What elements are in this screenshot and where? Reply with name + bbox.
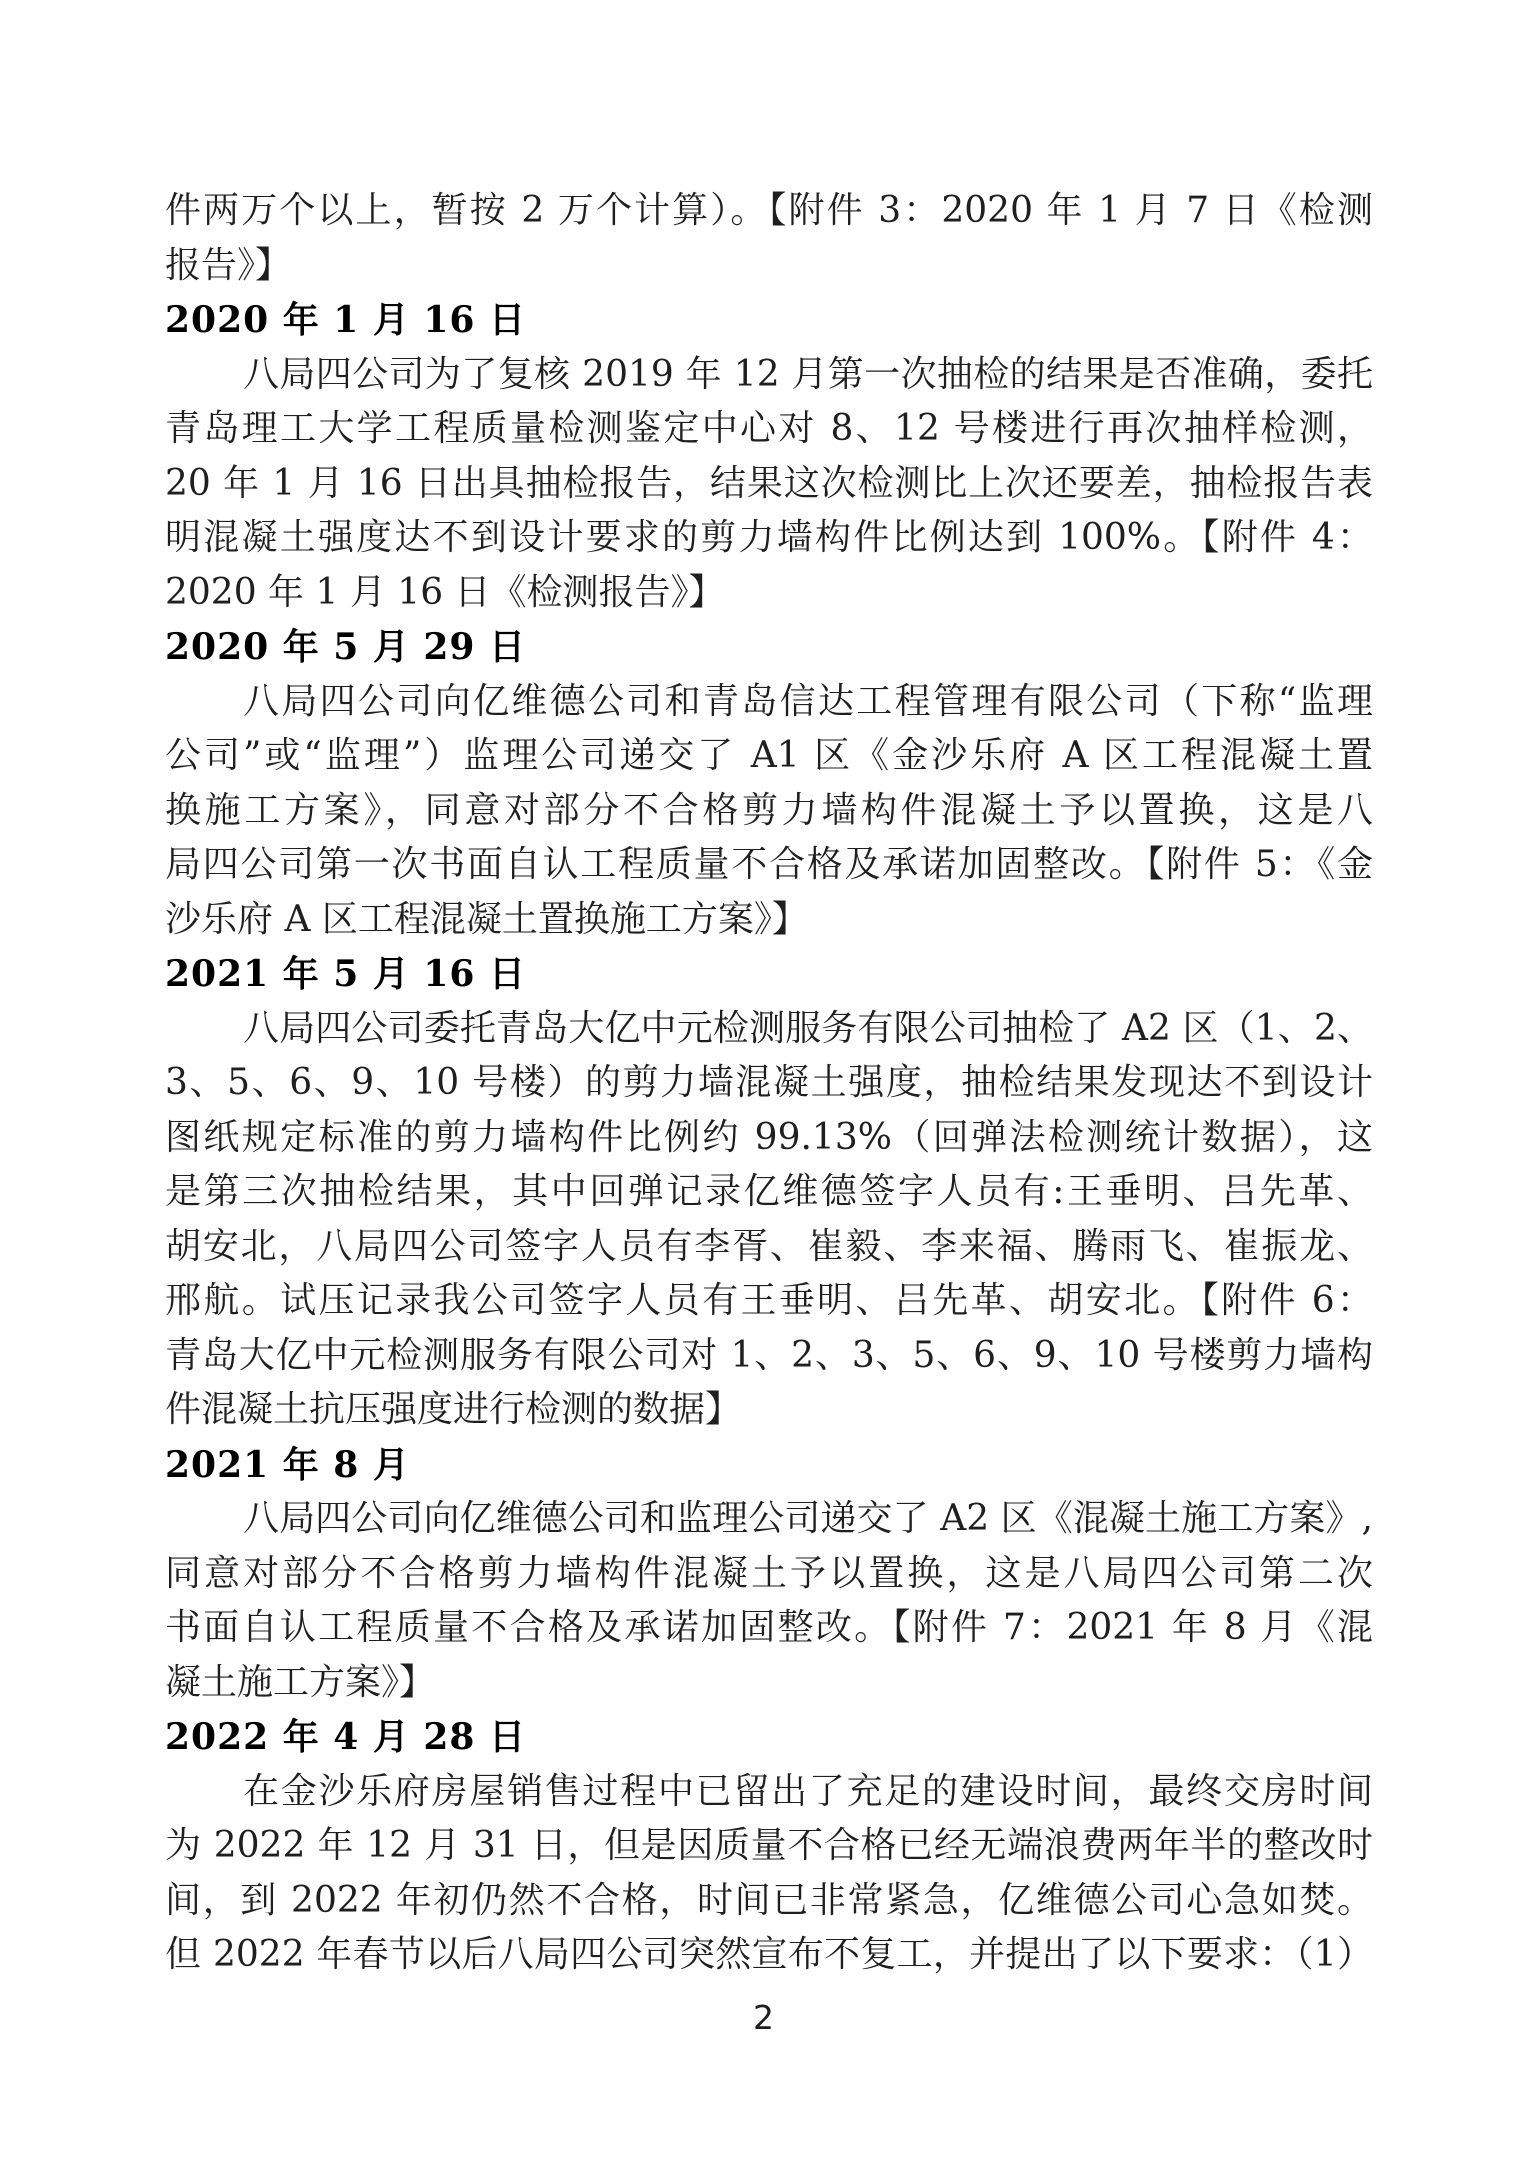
text-line: 八局四公司向亿维德公司和青岛信达工程管理有限公司（下称“监理 xyxy=(165,675,1373,730)
text-line: 换施工方案》，同意对部分不合格剪力墙构件混凝土予以置换，这是八 xyxy=(165,784,1373,839)
text-line: 报告》】 xyxy=(165,239,1373,294)
text-line: 图纸规定标准的剪力墙构件比例约 99.13%（回弹法检测统计数据），这 xyxy=(165,1111,1373,1166)
text-line: 局四公司第一次书面自认工程质量不合格及承诺加固整改。【附件 5：《金 xyxy=(165,838,1373,893)
text-line: 书面自认工程质量不合格及承诺加固整改。【附件 7：2021 年 8 月《混 xyxy=(165,1601,1373,1656)
document-page: 件两万个以上，暂按 2 万个计算）。【附件 3：2020 年 1 月 7 日《检… xyxy=(0,0,1527,2160)
text-line: 件混凝土抗压强度进行检测的数据】 xyxy=(165,1383,1373,1438)
text-line: 青岛大亿中元检测服务有限公司对 1、2、3、5、6、9、10 号楼剪力墙构 xyxy=(165,1329,1373,1384)
text-line: 3、5、6、9、10 号楼）的剪力墙混凝土强度，抽检结果发现达不到设计 xyxy=(165,1056,1373,1111)
section-heading: 2021 年 5 月 16 日 xyxy=(165,947,1373,1002)
text-line: 在金沙乐府房屋销售过程中已留出了充足的建设时间，最终交房时间 xyxy=(165,1765,1373,1820)
text-line: 八局四公司委托青岛大亿中元检测服务有限公司抽检了 A2 区（1、2、 xyxy=(165,1002,1373,1057)
text-line: 八局四公司向亿维德公司和监理公司递交了 A2 区《混凝土施工方案》, xyxy=(165,1492,1373,1547)
text-line: 同意对部分不合格剪力墙构件混凝土予以置换，这是八局四公司第二次 xyxy=(165,1547,1373,1602)
section-heading: 2020 年 1 月 16 日 xyxy=(165,293,1373,348)
text-line: 沙乐府 A 区工程混凝土置换施工方案》】 xyxy=(165,893,1373,948)
text-line: 凝土施工方案》】 xyxy=(165,1656,1373,1711)
text-line: 但 2022 年春节以后八局四公司突然宣布不复工，并提出了以下要求：（1） xyxy=(165,1928,1373,1983)
page-number: 2 xyxy=(0,1998,1527,2037)
text-line: 2020 年 1 月 16 日《检测报告》】 xyxy=(165,566,1373,621)
text-line: 是第三次抽检结果，其中回弹记录亿维德签字人员有:王垂明、吕先革、 xyxy=(165,1165,1373,1220)
text-line: 件两万个以上，暂按 2 万个计算）。【附件 3：2020 年 1 月 7 日《检… xyxy=(165,184,1373,239)
text-line: 明混凝土强度达不到设计要求的剪力墙构件比例达到 100%。【附件 4： xyxy=(165,511,1373,566)
text-line: 20 年 1 月 16 日出具抽检报告，结果这次检测比上次还要差，抽检报告表 xyxy=(165,457,1373,512)
document-body: 件两万个以上，暂按 2 万个计算）。【附件 3：2020 年 1 月 7 日《检… xyxy=(165,184,1373,1983)
text-line: 间，到 2022 年初仍然不合格，时间已非常紧急，亿维德公司心急如焚。 xyxy=(165,1874,1373,1929)
text-line: 公司”或“监理”）监理公司递交了 A1 区《金沙乐府 A 区工程混凝土置 xyxy=(165,729,1373,784)
section-heading: 2022 年 4 月 28 日 xyxy=(165,1710,1373,1765)
text-line: 八局四公司为了复核 2019 年 12 月第一次抽检的结果是否准确，委托 xyxy=(165,348,1373,403)
text-line: 胡安北，八局四公司签字人员有李胥、崔毅、李来福、腾雨飞、崔振龙、 xyxy=(165,1220,1373,1275)
section-heading: 2021 年 8 月 xyxy=(165,1438,1373,1493)
text-line: 邢航。试压记录我公司签字人员有王垂明、吕先革、胡安北。【附件 6： xyxy=(165,1274,1373,1329)
text-line: 为 2022 年 12 月 31 日，但是因质量不合格已经无端浪费两年半的整改时 xyxy=(165,1819,1373,1874)
text-line: 青岛理工大学工程质量检测鉴定中心对 8、12 号楼进行再次抽样检测， xyxy=(165,402,1373,457)
section-heading: 2020 年 5 月 29 日 xyxy=(165,620,1373,675)
